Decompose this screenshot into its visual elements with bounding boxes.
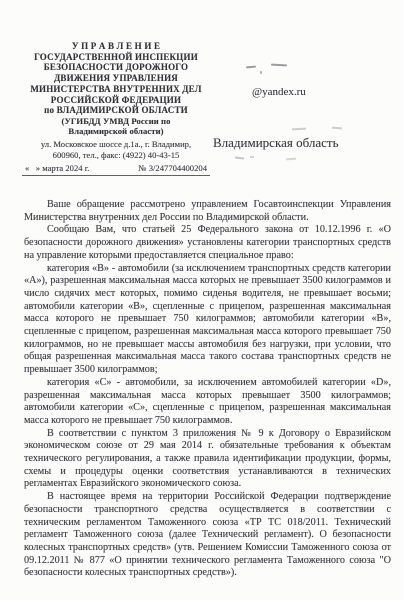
recipient-region: Владимирская область — [213, 136, 339, 150]
body-paragraph-eaeu-treaty: В соответствии с пунктом 3 приложения № … — [24, 428, 391, 492]
date-and-number-row: « » марта 2024 г. № 3/247704400204 — [22, 163, 210, 176]
org-abbreviation-line: Владимирской области) — [22, 126, 210, 136]
body-paragraph-tech-regulation: В настоящее время на территории Российск… — [24, 491, 391, 580]
org-name-line: РОССИЙСКОЙ ФЕДЕРАЦИИ — [22, 95, 210, 106]
org-abbreviation-line: (УГИБДД УМВД России по — [22, 116, 210, 126]
recipient-email: @yandex.ru — [252, 86, 306, 98]
scan-artifact-mark — [235, 157, 244, 159]
org-name-line: ДВИЖЕНИЯ УПРАВЛЕНИЯ — [22, 73, 210, 84]
org-address-block: ул. Московское шоссе д.1а., г. Владимир,… — [22, 139, 210, 161]
redacted-handwriting-mark — [271, 64, 287, 67]
body-paragraph-category-c: категория «С» - автомобили, за исключени… — [24, 377, 391, 428]
document-number: № 3/247704400204 — [138, 163, 207, 173]
body-paragraph-category-b: категория «В» - автомобили (за исключени… — [24, 263, 391, 377]
org-name-line: БЕЗОПАСНОСТИ ДОРОЖНОГО — [22, 62, 210, 73]
redacted-handwriting-mark — [246, 66, 256, 69]
scan-artifact-mark — [250, 156, 254, 158]
scan-artifact-mark — [332, 127, 342, 129]
org-name-line: У П Р А В Л Е Н И Е — [22, 41, 210, 52]
org-name-line: ГОСУДАРСТВЕННОЙ ИНСПЕКЦИИ — [22, 52, 210, 63]
org-name-line: МИНИСТЕРСТВА ВНУТРЕННИХ ДЕЛ — [22, 84, 210, 95]
date-blank: « » марта 2024 г. — [25, 163, 89, 173]
redacted-handwriting-mark — [260, 71, 262, 74]
recipient-block: @yandex.ru Владимирская область — [200, 41, 400, 181]
body-paragraph-law: Сообщаю Вам, что статьей 25 Федерального… — [24, 224, 391, 262]
scan-artifact-mark — [286, 158, 296, 160]
org-name-line: по ВЛАДИМИРСКОЙ ОБЛАСТИ — [22, 105, 210, 116]
scan-artifact-mark — [292, 128, 306, 130]
letter-body: Ваше обращение рассмотрено управлением Г… — [24, 199, 391, 580]
body-paragraph-intro: Ваше обращение рассмотрено управлением Г… — [24, 199, 391, 224]
org-address-line: ул. Московское шоссе д.1а., г. Владимир, — [22, 139, 210, 150]
letterhead-org-block: У П Р А В Л Е Н И Е ГОСУДАРСТВЕННОЙ ИНСП… — [22, 41, 210, 176]
org-phone-line: 600960, тел., факс: (4922) 40-43-15 — [22, 150, 210, 161]
scanned-letter-page: У П Р А В Л Е Н И Е ГОСУДАРСТВЕННОЙ ИНСП… — [0, 0, 404, 600]
